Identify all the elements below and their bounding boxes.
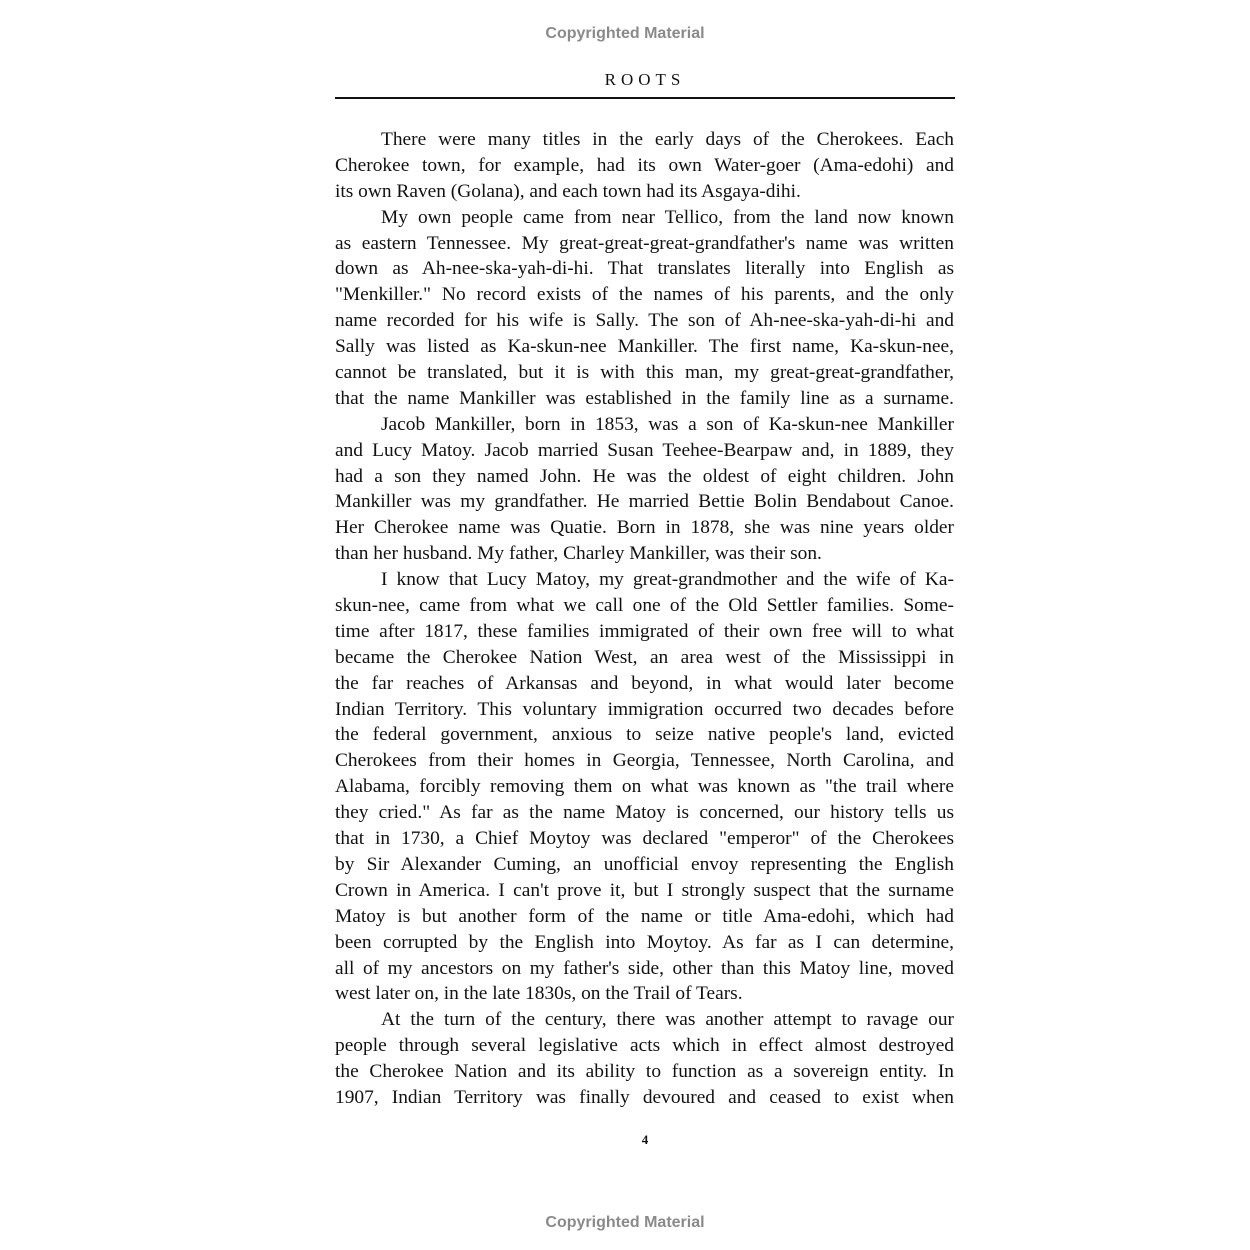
- text-line: that in 1730, a Chief Moytoy was declare…: [335, 826, 954, 852]
- text-line: At the turn of the century, there was an…: [335, 1007, 954, 1033]
- text-line: Alabama, forcibly removing them on what …: [335, 774, 954, 800]
- copyright-watermark-top: Copyrighted Material: [0, 25, 1250, 43]
- text-line: Sally was listed as Ka-skun-nee Mankille…: [335, 334, 954, 360]
- paragraph: There were many titles in the early days…: [335, 127, 954, 205]
- text-line: Her Cherokee name was Quatie. Born in 18…: [335, 515, 954, 541]
- text-line: by Sir Alexander Cuming, an unofficial e…: [335, 852, 954, 878]
- paragraph: Jacob Mankiller, born in 1853, was a son…: [335, 412, 954, 567]
- copyright-watermark-bottom: Copyrighted Material: [0, 1214, 1250, 1232]
- text-line: name recorded for his wife is Sally. The…: [335, 308, 954, 334]
- page-number: 4: [0, 1132, 1250, 1148]
- text-line: and Lucy Matoy. Jacob married Susan Teeh…: [335, 438, 954, 464]
- running-head: ROOTS: [335, 70, 955, 90]
- text-line: Matoy is but another form of the name or…: [335, 904, 954, 930]
- text-line: "Menkiller." No record exists of the nam…: [335, 282, 954, 308]
- text-line: Indian Territory. This voluntary immigra…: [335, 697, 954, 723]
- text-line: that the name Mankiller was established …: [335, 386, 954, 412]
- body-text: There were many titles in the early days…: [335, 127, 954, 1111]
- text-line: Mankiller was my grandfather. He married…: [335, 489, 954, 515]
- paragraph: I know that Lucy Matoy, my great-grandmo…: [335, 567, 954, 1007]
- text-line: cannot be translated, but it is with thi…: [335, 360, 954, 386]
- text-line: the far reaches of Arkansas and beyond, …: [335, 671, 954, 697]
- text-line: had a son they named John. He was the ol…: [335, 464, 954, 490]
- text-line: people through several legislative acts …: [335, 1033, 954, 1059]
- text-line: Cherokees from their homes in Georgia, T…: [335, 748, 954, 774]
- text-line: Cherokee town, for example, had its own …: [335, 153, 954, 179]
- text-line: been corrupted by the English into Moyto…: [335, 930, 954, 956]
- text-line: all of my ancestors on my father's side,…: [335, 956, 954, 982]
- paragraph: My own people came from near Tellico, fr…: [335, 205, 954, 412]
- header-rule: [335, 97, 955, 99]
- text-line: than her husband. My father, Charley Man…: [335, 541, 954, 567]
- text-line: as eastern Tennessee. My great-great-gre…: [335, 231, 954, 257]
- text-line: Jacob Mankiller, born in 1853, was a son…: [335, 412, 954, 438]
- text-line: they cried." As far as the name Matoy is…: [335, 800, 954, 826]
- text-line: I know that Lucy Matoy, my great-grandmo…: [335, 567, 954, 593]
- text-line: My own people came from near Tellico, fr…: [335, 205, 954, 231]
- text-line: Crown in America. I can't prove it, but …: [335, 878, 954, 904]
- text-line: 1907, Indian Territory was finally devou…: [335, 1085, 954, 1111]
- text-line: west later on, in the late 1830s, on the…: [335, 981, 954, 1007]
- text-line: its own Raven (Golana), and each town ha…: [335, 179, 954, 205]
- paragraph: At the turn of the century, there was an…: [335, 1007, 954, 1111]
- text-line: became the Cherokee Nation West, an area…: [335, 645, 954, 671]
- text-line: the federal government, anxious to seize…: [335, 722, 954, 748]
- text-line: time after 1817, these families immigrat…: [335, 619, 954, 645]
- text-line: the Cherokee Nation and its ability to f…: [335, 1059, 954, 1085]
- text-line: There were many titles in the early days…: [335, 127, 954, 153]
- text-line: down as Ah-nee-ska-yah-di-hi. That trans…: [335, 256, 954, 282]
- text-line: skun-nee, came from what we call one of …: [335, 593, 954, 619]
